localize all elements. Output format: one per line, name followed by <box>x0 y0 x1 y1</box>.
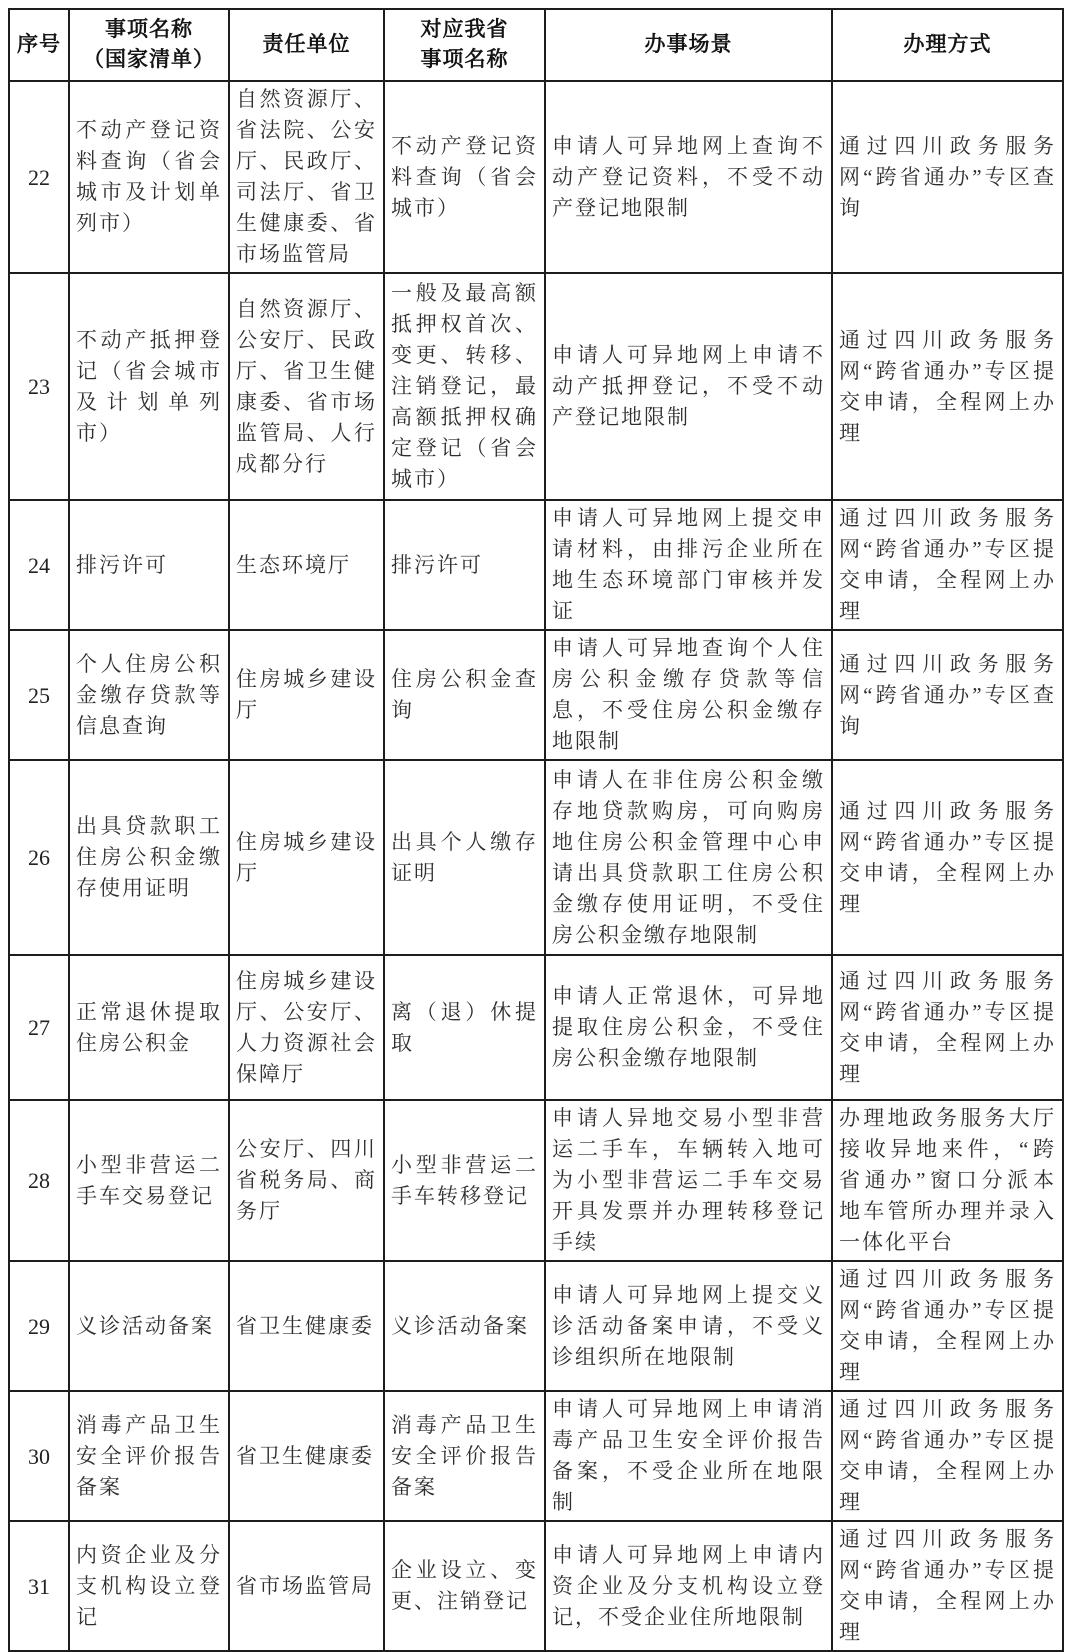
cell-scenario: 申请人异地交易小型非营运二手车，车辆转入地可为小型非营运二手车交易开具发票并办理… <box>545 1100 832 1261</box>
cell-no: 22 <box>9 81 69 273</box>
table-row: 29 义诊活动备案 省卫生健康委 义诊活动备案 申请人可异地网上提交义诊活动备案… <box>9 1261 1063 1391</box>
cell-responsible-unit: 自然资源厅、省法院、公安厅、民政厅、司法厅、省卫生健康委、省市场监管局 <box>229 81 384 273</box>
cell-no: 24 <box>9 500 69 630</box>
cell-method: 通过四川政务服务网“跨省通办”专区提交申请，全程网上办理 <box>832 955 1063 1100</box>
column-header-item-name: 事项名称 （国家清单） <box>69 9 229 81</box>
cell-local-item-name: 出具个人缴存证明 <box>384 760 545 955</box>
cell-local-item-name: 住房公积金查询 <box>384 630 545 760</box>
table-row: 23 不动产抵押登记（省会城市及计划单列市） 自然资源厅、公安厅、民政厅、省卫生… <box>9 273 1063 500</box>
cell-responsible-unit: 省市场监管局 <box>229 1521 384 1651</box>
cell-scenario: 申请人可异地网上查询不动产登记资料，不受不动产登记地限制 <box>545 81 832 273</box>
cell-scenario: 申请人可异地网上提交义诊活动备案申请，不受义诊组织所在地限制 <box>545 1261 832 1391</box>
cell-scenario: 申请人可异地网上申请内资企业及分支机构设立登记，不受企业住所地限制 <box>545 1521 832 1651</box>
cell-item-name: 义诊活动备案 <box>69 1261 229 1391</box>
table-row: 28 小型非营运二手车交易登记 公安厅、四川省税务局、商务厅 小型非营运二手车转… <box>9 1100 1063 1261</box>
cell-responsible-unit: 公安厅、四川省税务局、商务厅 <box>229 1100 384 1261</box>
table-row: 22 不动产登记资料查询（省会城市及计划单列市） 自然资源厅、省法院、公安厅、民… <box>9 81 1063 273</box>
cell-item-name: 消毒产品卫生安全评价报告备案 <box>69 1391 229 1521</box>
cell-item-name: 排污许可 <box>69 500 229 630</box>
cell-no: 28 <box>9 1100 69 1261</box>
table-row: 27 正常退休提取住房公积金 住房城乡建设厅、公安厅、人力资源社会保障厅 离（退… <box>9 955 1063 1100</box>
cell-responsible-unit: 住房城乡建设厅 <box>229 760 384 955</box>
cell-scenario: 申请人可异地网上申请消毒产品卫生安全评价报告备案，不受企业所在地限制 <box>545 1391 832 1521</box>
cell-no: 30 <box>9 1391 69 1521</box>
table-row: 26 出具贷款职工住房公积金缴存使用证明 住房城乡建设厅 出具个人缴存证明 申请… <box>9 760 1063 955</box>
column-header-responsible-unit: 责任单位 <box>229 9 384 81</box>
cell-local-item-name: 小型非营运二手车转移登记 <box>384 1100 545 1261</box>
column-header-scenario: 办事场景 <box>545 9 832 81</box>
cell-local-item-name: 义诊活动备案 <box>384 1261 545 1391</box>
cell-item-name: 小型非营运二手车交易登记 <box>69 1100 229 1261</box>
cell-no: 29 <box>9 1261 69 1391</box>
cell-method: 通过四川政务服务网“跨省通办”专区查询 <box>832 630 1063 760</box>
cell-responsible-unit: 省卫生健康委 <box>229 1391 384 1521</box>
cell-no: 31 <box>9 1521 69 1651</box>
table-row: 25 个人住房公积金缴存贷款等信息查询 住房城乡建设厅 住房公积金查询 申请人可… <box>9 630 1063 760</box>
cell-method: 通过四川政务服务网“跨省通办”专区提交申请，全程网上办理 <box>832 500 1063 630</box>
column-header-local-item-name: 对应我省 事项名称 <box>384 9 545 81</box>
cell-scenario: 申请人可异地查询个人住房公积金缴存贷款等信息，不受住房公积金缴存地限制 <box>545 630 832 760</box>
column-header-method: 办理方式 <box>832 9 1063 81</box>
cell-scenario: 申请人可异地网上提交申请材料，由排污企业所在地生态环境部门审核并发证 <box>545 500 832 630</box>
table-row: 30 消毒产品卫生安全评价报告备案 省卫生健康委 消毒产品卫生安全评价报告备案 … <box>9 1391 1063 1521</box>
cell-method: 通过四川政务服务网“跨省通办”专区提交申请，全程网上办理 <box>832 1521 1063 1651</box>
table-row: 31 内资企业及分支机构设立登记 省市场监管局 企业设立、变更、注销登记 申请人… <box>9 1521 1063 1651</box>
cell-local-item-name: 排污许可 <box>384 500 545 630</box>
cell-method: 通过四川政务服务网“跨省通办”专区提交申请，全程网上办理 <box>832 1261 1063 1391</box>
cell-item-name: 内资企业及分支机构设立登记 <box>69 1521 229 1651</box>
cell-method: 通过四川政务服务网“跨省通办”专区查询 <box>832 81 1063 273</box>
cell-method: 通过四川政务服务网“跨省通办”专区提交申请，全程网上办理 <box>832 1391 1063 1521</box>
cell-local-item-name: 不动产登记资料查询（省会城市） <box>384 81 545 273</box>
table-row: 24 排污许可 生态环境厅 排污许可 申请人可异地网上提交申请材料，由排污企业所… <box>9 500 1063 630</box>
cell-item-name: 出具贷款职工住房公积金缴存使用证明 <box>69 760 229 955</box>
cell-local-item-name: 离（退）休提取 <box>384 955 545 1100</box>
cell-local-item-name: 消毒产品卫生安全评价报告备案 <box>384 1391 545 1521</box>
cell-item-name: 不动产抵押登记（省会城市及计划单列市） <box>69 273 229 500</box>
cell-item-name: 个人住房公积金缴存贷款等信息查询 <box>69 630 229 760</box>
column-header-no: 序号 <box>9 9 69 81</box>
cell-responsible-unit: 生态环境厅 <box>229 500 384 630</box>
cell-responsible-unit: 省卫生健康委 <box>229 1261 384 1391</box>
cell-method: 办理地政务服务大厅接收异地来件，“跨省通办”窗口分派本地车管所办理并录入一体化平… <box>832 1100 1063 1261</box>
cell-local-item-name: 一般及最高额抵押权首次、变更、转移、注销登记，最高额抵押权确定登记（省会城市） <box>384 273 545 500</box>
cell-item-name: 正常退休提取住房公积金 <box>69 955 229 1100</box>
cell-responsible-unit: 住房城乡建设厅、公安厅、人力资源社会保障厅 <box>229 955 384 1100</box>
cell-no: 25 <box>9 630 69 760</box>
cell-no: 26 <box>9 760 69 955</box>
document-page: 序号 事项名称 （国家清单） 责任单位 对应我省 事项名称 办事场景 办理方式 … <box>0 0 1068 1530</box>
cell-responsible-unit: 自然资源厅、公安厅、民政厅、省卫生健康委、省市场监管局、人行成都分行 <box>229 273 384 500</box>
cell-scenario: 申请人在非住房公积金缴存地贷款购房，可向购房地住房公积金管理中心申请出具贷款职工… <box>545 760 832 955</box>
header-row: 序号 事项名称 （国家清单） 责任单位 对应我省 事项名称 办事场景 办理方式 <box>9 9 1063 81</box>
cell-item-name: 不动产登记资料查询（省会城市及计划单列市） <box>69 81 229 273</box>
cell-responsible-unit: 住房城乡建设厅 <box>229 630 384 760</box>
cell-method: 通过四川政务服务网“跨省通办”专区提交申请，全程网上办理 <box>832 760 1063 955</box>
cell-method: 通过四川政务服务网“跨省通办”专区提交申请，全程网上办理 <box>832 273 1063 500</box>
cell-scenario: 申请人正常退休，可异地提取住房公积金，不受住房公积金缴存地限制 <box>545 955 832 1100</box>
cross-province-services-table: 序号 事项名称 （国家清单） 责任单位 对应我省 事项名称 办事场景 办理方式 … <box>8 8 1064 1652</box>
cell-no: 27 <box>9 955 69 1100</box>
cell-no: 23 <box>9 273 69 500</box>
cell-scenario: 申请人可异地网上申请不动产抵押登记，不受不动产登记地限制 <box>545 273 832 500</box>
cell-local-item-name: 企业设立、变更、注销登记 <box>384 1521 545 1651</box>
